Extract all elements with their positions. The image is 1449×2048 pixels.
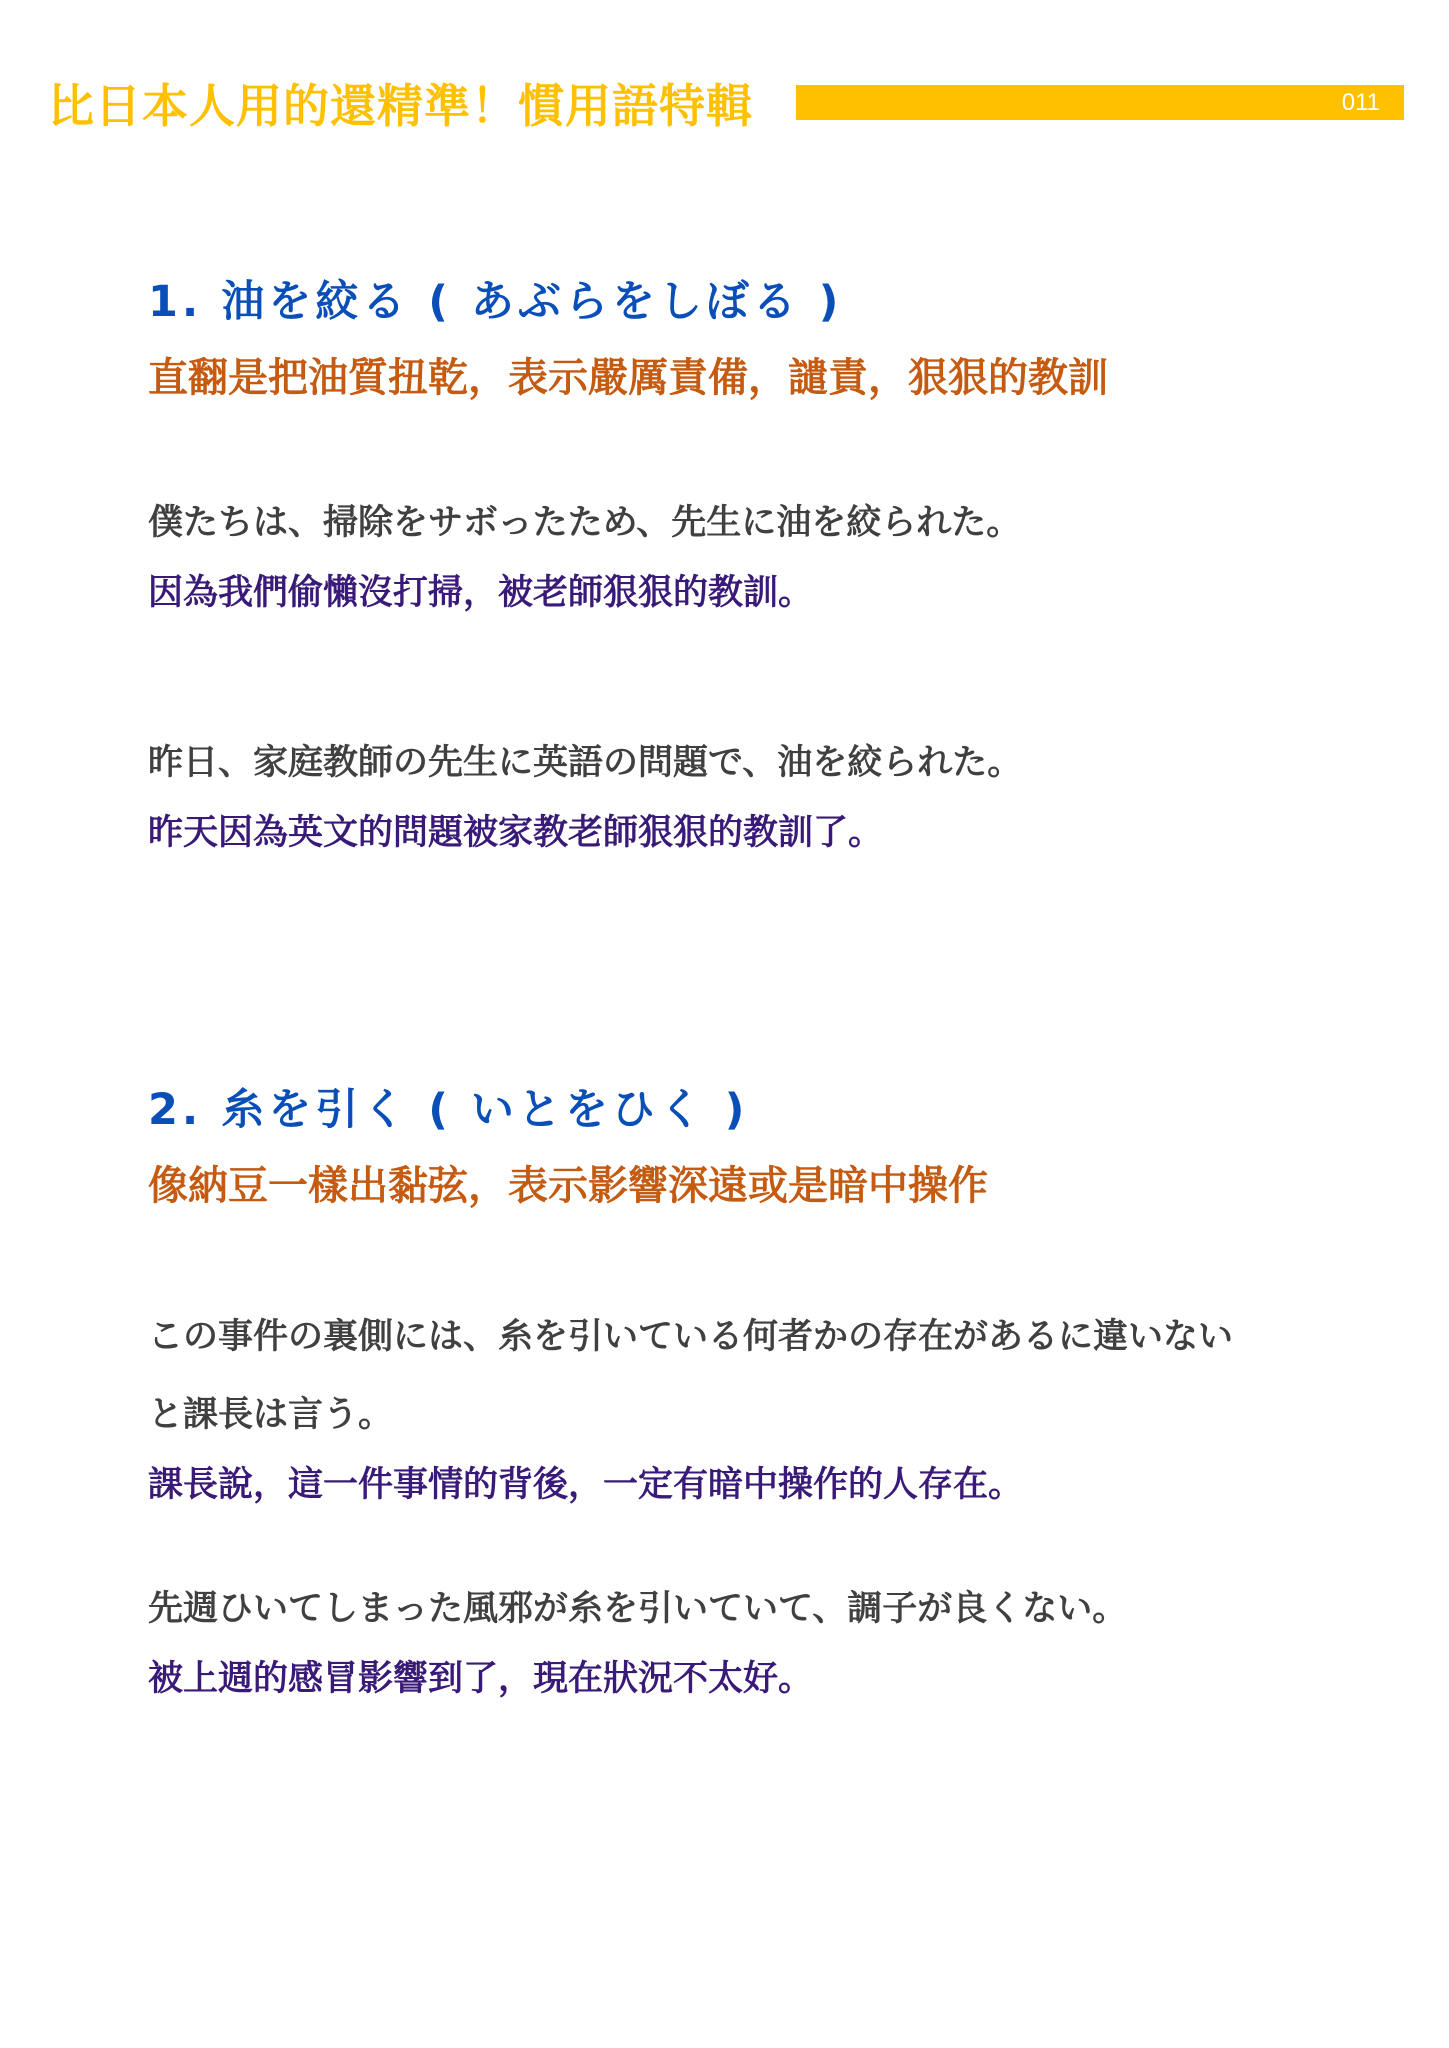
idiom-heading: 1. 油を絞る ( あぶらをしぼる ) [148, 272, 1108, 332]
idiom-meaning: 像納豆一樣出黏弦，表示影響深遠或是暗中操作 [148, 1158, 988, 1214]
example-2-2: 先週ひいてしまった風邪が糸を引いていて、調子が良くない。 被上週的感冒影響到了，… [148, 1570, 1127, 1710]
example-chinese: 被上週的感冒影響到了，現在狀況不太好。 [148, 1648, 1127, 1710]
example-chinese: 昨天因為英文的問題被家教老師狠狠的教訓了。 [148, 802, 1022, 864]
idiom-section-1: 1. 油を絞る ( あぶらをしぼる ) 直翻是把油質扭乾，表示嚴厲責備，譴責，狠… [148, 272, 1108, 406]
example-japanese: 先週ひいてしまった風邪が糸を引いていて、調子が良くない。 [148, 1570, 1127, 1648]
example-1-1: 僕たちは、掃除をサボったため、先生に油を絞られた。 因為我們偷懶沒打掃，被老師狠… [148, 484, 1021, 624]
example-japanese: この事件の裏側には、糸を引いている何者かの存在があるに違いない [148, 1298, 1233, 1376]
example-japanese: 僕たちは、掃除をサボったため、先生に油を絞られた。 [148, 484, 1021, 562]
example-japanese-continued: と課長は言う。 [148, 1376, 1233, 1454]
idiom-meaning: 直翻是把油質扭乾，表示嚴厲責備，譴責，狠狠的教訓 [148, 350, 1108, 406]
example-1-2: 昨日、家庭教師の先生に英語の問題で、油を絞られた。 昨天因為英文的問題被家教老師… [148, 724, 1022, 864]
page-number: 011 [1342, 85, 1380, 120]
example-2-1: この事件の裏側には、糸を引いている何者かの存在があるに違いない と課長は言う。 … [148, 1298, 1233, 1516]
example-chinese: 因為我們偷懶沒打掃，被老師狠狠的教訓。 [148, 562, 1021, 624]
header-bar: 011 [796, 85, 1404, 120]
example-japanese: 昨日、家庭教師の先生に英語の問題で、油を絞られた。 [148, 724, 1022, 802]
idiom-heading: 2. 糸を引く ( いとをひく ) [148, 1080, 988, 1140]
page-title: 比日本人用的還精準！慣用語特輯 [48, 74, 753, 138]
idiom-section-2: 2. 糸を引く ( いとをひく ) 像納豆一樣出黏弦，表示影響深遠或是暗中操作 [148, 1080, 988, 1214]
example-chinese: 課長說，這一件事情的背後，一定有暗中操作的人存在。 [148, 1454, 1233, 1516]
